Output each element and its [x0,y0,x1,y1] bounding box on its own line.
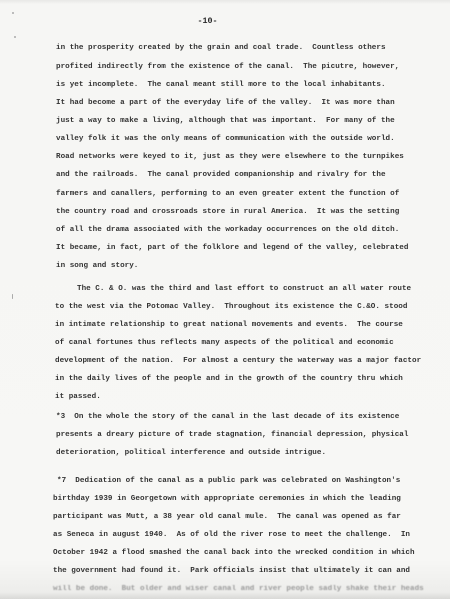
text-line: in song and story. [56,262,138,270]
text-line: *7 Dedication of the canal as a public p… [57,477,400,485]
page-number: -10- [0,16,415,26]
text-line: to the west via the Potomac Valley. Thro… [55,303,407,311]
text-line: in intimate relationship to great nation… [55,321,403,329]
text-line: farmers and canallers, performing to an … [56,190,399,198]
scan-speck [12,12,14,14]
text-line: it passed. [55,393,101,401]
document-page: -10- in the prosperity created by the gr… [0,0,450,599]
text-line: development of the nation. For almost a … [55,357,421,365]
text-line: of all the drama associated with the wor… [56,226,399,234]
text-line: The C. & O. was the third and last effor… [77,285,411,293]
text-line: deterioration, political interference an… [56,449,326,457]
text-line: just a way to make a living, although th… [56,117,395,125]
scan-speck [12,294,13,299]
text-line: of canal fortunes thus reflects many asp… [55,339,394,347]
text-line-cut-off: will be done. But older and wiser canal … [53,585,424,593]
text-line: in the prosperity created by the grain a… [56,44,386,52]
text-line: Road networks were keyed to it, just as … [56,153,404,161]
text-line: presents a dreary picture of trade stagn… [56,431,408,439]
text-line: It became, in fact, part of the folklore… [56,244,408,252]
text-line: is yet incomplete. The canal meant still… [56,81,386,89]
text-line: the government had found it. Park offici… [53,567,410,575]
text-line: October 1942 a flood smashed the canal b… [53,549,415,557]
text-line: the country road and crossroads store in… [56,208,399,216]
text-line: It had become a part of the everyday lif… [56,99,395,107]
text-line: as Seneca in august 1940. As of old the … [53,531,410,539]
scan-speck [14,36,16,38]
text-line: birthday 1939 in Georgetown with appropr… [53,495,401,503]
text-line: profited indirectly from the existence o… [56,63,399,71]
text-line: and the railroads. The canal provided co… [56,171,386,179]
text-line: participant was Mutt, a 38 year old cana… [53,513,401,521]
text-line: in the daily lives of the people and in … [55,375,403,383]
text-line: valley folk it was the only means of com… [56,135,395,143]
text-line: *3 On the whole the story of the canal i… [56,413,399,421]
